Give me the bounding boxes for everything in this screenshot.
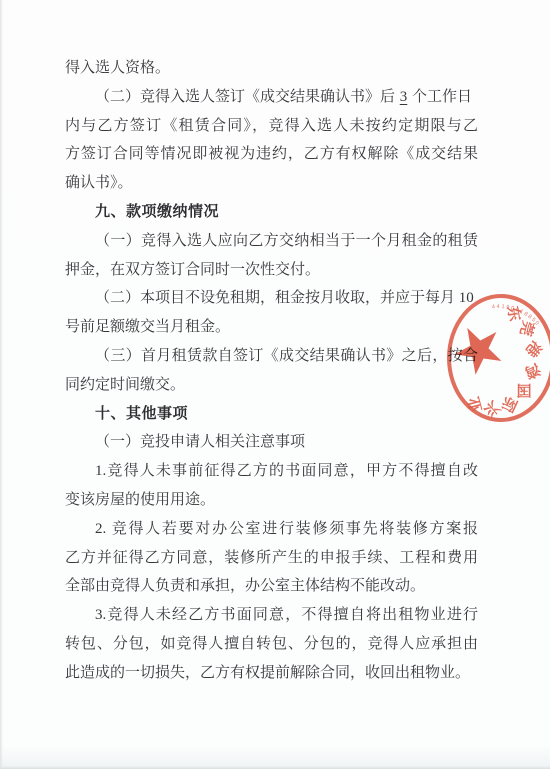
- doc-line: （一）竞投申请人相关注意事项: [65, 428, 478, 457]
- seal-character: 际: [498, 392, 520, 415]
- doc-line: 号前足额缴交当月租金。: [65, 313, 478, 342]
- text-run: （一）竞得入选人应向乙方交纳相当于一个月租金的租赁: [95, 233, 478, 249]
- doc-line: 押金，在双方签订合同时一次性交付。: [65, 256, 478, 285]
- underlined-text: 3: [399, 89, 409, 105]
- text-run: （二）竞得入选人签订《成交结果确认书》后: [95, 89, 399, 105]
- text-run: 全部由竞得人负责和承担，办公室主体结构不能改动。: [65, 578, 425, 594]
- doc-line: 乙方并征得乙方同意，装修所产生的申报手续、工程和费用: [65, 544, 478, 573]
- scan-left-edge: [0, 0, 3, 769]
- doc-line: 同约定时间缴交。: [65, 371, 478, 400]
- text-run: 号前足额缴交当月租金。: [65, 319, 230, 335]
- text-run: 1.竞得人未事前征得乙方的书面同意，甲方不得擅自改: [95, 463, 478, 479]
- doc-line: 得入选人资格。: [65, 54, 478, 83]
- seal-character: 湾: [522, 360, 543, 383]
- text-run: 变该房屋的使用用途。: [65, 492, 215, 508]
- seal-character: 莞: [516, 319, 537, 338]
- text-run: 十、其他事项: [95, 405, 188, 422]
- text-run: 个工作日: [408, 89, 472, 105]
- doc-line: （一）竞得入选人应向乙方交纳相当于一个月租金的租赁: [65, 227, 478, 256]
- doc-line: 内与乙方签订《租赁合同》，竞得入选人未按约定期限与乙: [65, 112, 478, 141]
- doc-line: 1.竞得人未事前征得乙方的书面同意，甲方不得擅自改: [65, 457, 478, 486]
- doc-line: （二）竞得入选人签订《成交结果确认书》后 3 个工作日: [65, 83, 478, 112]
- section-heading: 九、款项缴纳情况: [65, 198, 478, 227]
- text-run: 2. 竞得人若要对办公室进行装修须事先将装修方案报: [95, 521, 478, 537]
- seal-character: 港: [522, 337, 545, 359]
- text-run: 得入选人资格。: [65, 60, 170, 76]
- text-run: 确认书》。: [65, 175, 133, 191]
- doc-line: 全部由竞得人负责和承担，办公室主体结构不能改动。: [65, 572, 478, 601]
- doc-line: 3.竞得人未经乙方书面同意，不得擅自将出租物业进行: [65, 601, 478, 630]
- text-run: 乙方并征得乙方同意，装修所产生的申报手续、工程和费用: [65, 550, 478, 566]
- doc-line: 2. 竞得人若要对办公室进行装修须事先将装修方案报: [65, 515, 478, 544]
- seal-character: 国: [517, 382, 532, 400]
- seal-character: 东: [504, 305, 524, 323]
- seal-character: 兴: [481, 397, 504, 420]
- doc-line: 转包、分包，如竞得人擅自转包、分包的，竞得人应承担由: [65, 630, 478, 659]
- doc-line: 变该房屋的使用用途。: [65, 486, 478, 515]
- text-run: （一）竞投申请人相关注意事项: [95, 434, 305, 450]
- text-run: 九、款项缴纳情况: [95, 203, 219, 220]
- text-run: 押金，在双方签订合同时一次性交付。: [65, 262, 320, 278]
- text-run: 方签订合同等情况即被视为违约，乙方有权解除《成交结果: [65, 146, 478, 162]
- doc-line: 确认书》。: [65, 169, 478, 198]
- text-run: 3.竞得人未经乙方书面同意，不得擅自将出租物业进行: [95, 607, 478, 623]
- section-heading: 十、其他事项: [65, 400, 478, 429]
- text-run: 同约定时间缴交。: [65, 377, 185, 393]
- text-run: 转包、分包，如竞得人擅自转包、分包的，竞得人应承担由: [65, 636, 478, 652]
- text-run: （二）本项目不设免租期，租金按月收取，并应于每月 10: [95, 290, 474, 306]
- document-page: 得入选人资格。（二）竞得入选人签订《成交结果确认书》后 3 个工作日内与乙方签订…: [0, 0, 550, 769]
- text-run: （三）首月租赁款自签订《成交结果确认书》之后，按合: [95, 348, 478, 364]
- doc-line: 方签订合同等情况即被视为违约，乙方有权解除《成交结果: [65, 140, 478, 169]
- text-run: 此造成的一切损失，乙方有权提前解除合同，收回出租物业。: [65, 665, 470, 681]
- text-run: 内与乙方签订《租赁合同》，竞得入选人未按约定期限与乙: [65, 118, 478, 134]
- document-text: 得入选人资格。（二）竞得入选人签订《成交结果确认书》后 3 个工作日内与乙方签订…: [65, 54, 478, 688]
- doc-line: （二）本项目不设免租期，租金按月收取，并应于每月 10: [65, 284, 478, 313]
- doc-line: （三）首月租赁款自签订《成交结果确认书》之后，按合: [65, 342, 478, 371]
- doc-line: 此造成的一切损失，乙方有权提前解除合同，收回出租物业。: [65, 659, 478, 688]
